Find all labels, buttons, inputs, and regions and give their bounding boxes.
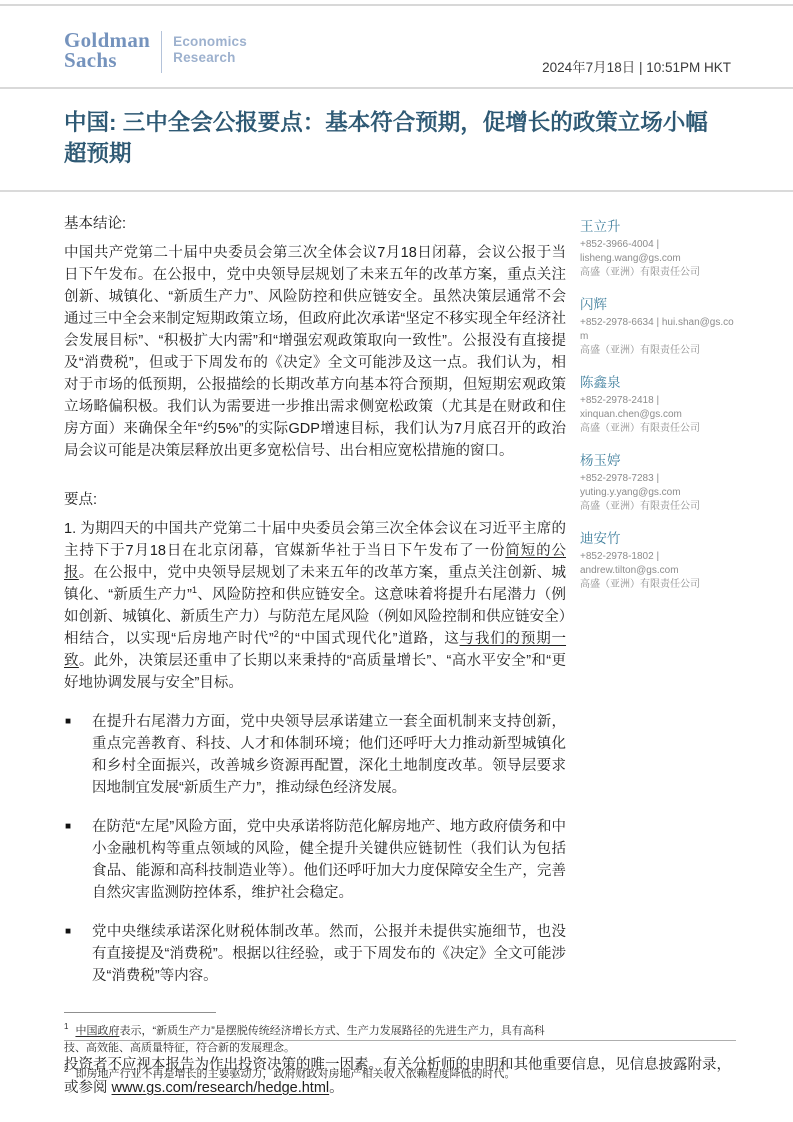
disclaimer-text-end: 。 [329,1080,344,1096]
link-hedge-disclosure-url[interactable]: www.gs.com/research/hedge.html [112,1080,330,1096]
analyst-company: 高盛（亚洲）有限责任公司 [580,422,738,436]
analyst-name: 杨玉婷 [580,449,738,469]
link-chinese-government[interactable]: 中国政府 [75,1025,119,1037]
summary-paragraph: 中国共产党第二十届中央委员会第三次全体会议7月18日闭幕，会议公报于当日下午发布… [64,242,566,462]
analyst-company: 高盛（亚洲）有限责任公司 [580,266,738,280]
kp1-seg-6: 的“中国式现代化”道路，这 [279,631,460,647]
analyst-phone-email: +852-2978-6634 | hui.shan@gs.com [580,316,738,344]
goldman-sachs-logo: Goldman Sachs Economics Research [64,30,247,73]
footnote-separator [64,1012,216,1013]
analyst-phone: +852-2978-7283 | [580,472,738,486]
title-divider [0,190,793,192]
bullet-item-2: ■ 在防范“左尾”风险方面，党中央承诺将防范化解房地产、地方政府债务和中小金融机… [64,816,566,904]
analyst-email: xinquan.chen@gs.com [580,408,738,422]
logo-divider [161,31,162,73]
header-divider [0,87,793,89]
key-points-heading: 要点: [64,488,566,509]
kp1-seg-0: 1. 为期四天的中国共产党第二十届中央委员会第三次全体会议在习近平主席的主持下于… [64,521,566,559]
division-line1: Economics [173,34,247,50]
analyst-name: 王立升 [580,215,738,235]
analyst-phone: +852-2978-2418 | [580,394,738,408]
analyst-name: 陈鑫泉 [580,371,738,391]
analyst-name: 迪安竹 [580,527,738,547]
report-datetime: 2024年7月18日 | 10:51PM HKT [542,56,731,76]
brand-wordmark: Goldman Sachs [64,30,150,70]
analyst-card: 杨玉婷 +852-2978-7283 | yuting.y.yang@gs.co… [580,449,738,514]
disclaimer-footer: 投资者不应视本报告为作出投资决策的唯一因素。有关分析师的申明和其他重要信息，见信… [64,1040,736,1100]
analyst-name: 闪辉 [580,293,738,313]
report-title: 中国: 三中全会公报要点：基本符合预期，促增长的政策立场小幅超预期 [64,107,712,169]
summary-heading: 基本结论: [64,212,566,233]
brand-line1: Goldman [64,30,150,50]
bullet-item-3: ■ 党中央继续承诺深化财税体制改革。然而，公报并未提供实施细节，也没有直接提及“… [64,921,566,987]
analyst-company: 高盛（亚洲）有限责任公司 [580,344,738,358]
analyst-email: lisheng.wang@gs.com [580,252,738,266]
analyst-card: 王立升 +852-3966-4004 | lisheng.wang@gs.com… [580,215,738,280]
report-page: Goldman Sachs Economics Research 2024年7月… [0,0,793,1122]
footnote-1-number: 1 [64,1022,68,1031]
analyst-card: 陈鑫泉 +852-2978-2418 | xinquan.chen@gs.com… [580,371,738,436]
analyst-email: yuting.y.yang@gs.com [580,486,738,500]
page-top-border [0,4,793,6]
kp1-seg-8: 。此外，决策层还重申了长期以来秉持的“高质量增长”、“高水平安全”和“更好地协调… [64,653,566,691]
analyst-phone: +852-3966-4004 | [580,238,738,252]
bullet-square-icon: ■ [64,921,92,987]
bullet-square-icon: ■ [64,711,92,799]
key-point-1: 1. 为期四天的中国共产党第二十届中央委员会第三次全体会议在习近平主席的主持下于… [64,518,566,694]
analyst-email: andrew.tilton@gs.com [580,564,738,578]
analyst-card: 闪辉 +852-2978-6634 | hui.shan@gs.com 高盛（亚… [580,293,738,358]
analyst-card: 迪安竹 +852-2978-1802 | andrew.tilton@gs.co… [580,527,738,592]
division-wordmark: Economics Research [173,30,247,66]
main-content: 基本结论: 中国共产党第二十届中央委员会第三次全体会议7月18日闭幕，会议公报于… [64,212,738,1083]
bullet-square-icon: ■ [64,816,92,904]
bullet-text-3: 党中央继续承诺深化财税体制改革。然而，公报并未提供实施细节，也没有直接提及“消费… [92,921,566,987]
body-column: 基本结论: 中国共产党第二十届中央委员会第三次全体会议7月18日闭幕，会议公报于… [64,212,566,1083]
bullet-item-1: ■ 在提升右尾潜力方面，党中央领导层承诺建立一套全面机制来支持创新，重点完善教育… [64,711,566,799]
bullet-text-2: 在防范“左尾”风险方面，党中央承诺将防范化解房地产、地方政府债务和中小金融机构等… [92,816,566,904]
bullet-text-1: 在提升右尾潜力方面，党中央领导层承诺建立一套全面机制来支持创新，重点完善教育、科… [92,711,566,799]
division-line2: Research [173,50,247,66]
analyst-phone: +852-2978-1802 | [580,550,738,564]
analyst-company: 高盛（亚洲）有限责任公司 [580,578,738,592]
analyst-company: 高盛（亚洲）有限责任公司 [580,500,738,514]
brand-line2: Sachs [64,50,150,70]
analysts-sidebar: 王立升 +852-3966-4004 | lisheng.wang@gs.com… [580,212,738,1083]
